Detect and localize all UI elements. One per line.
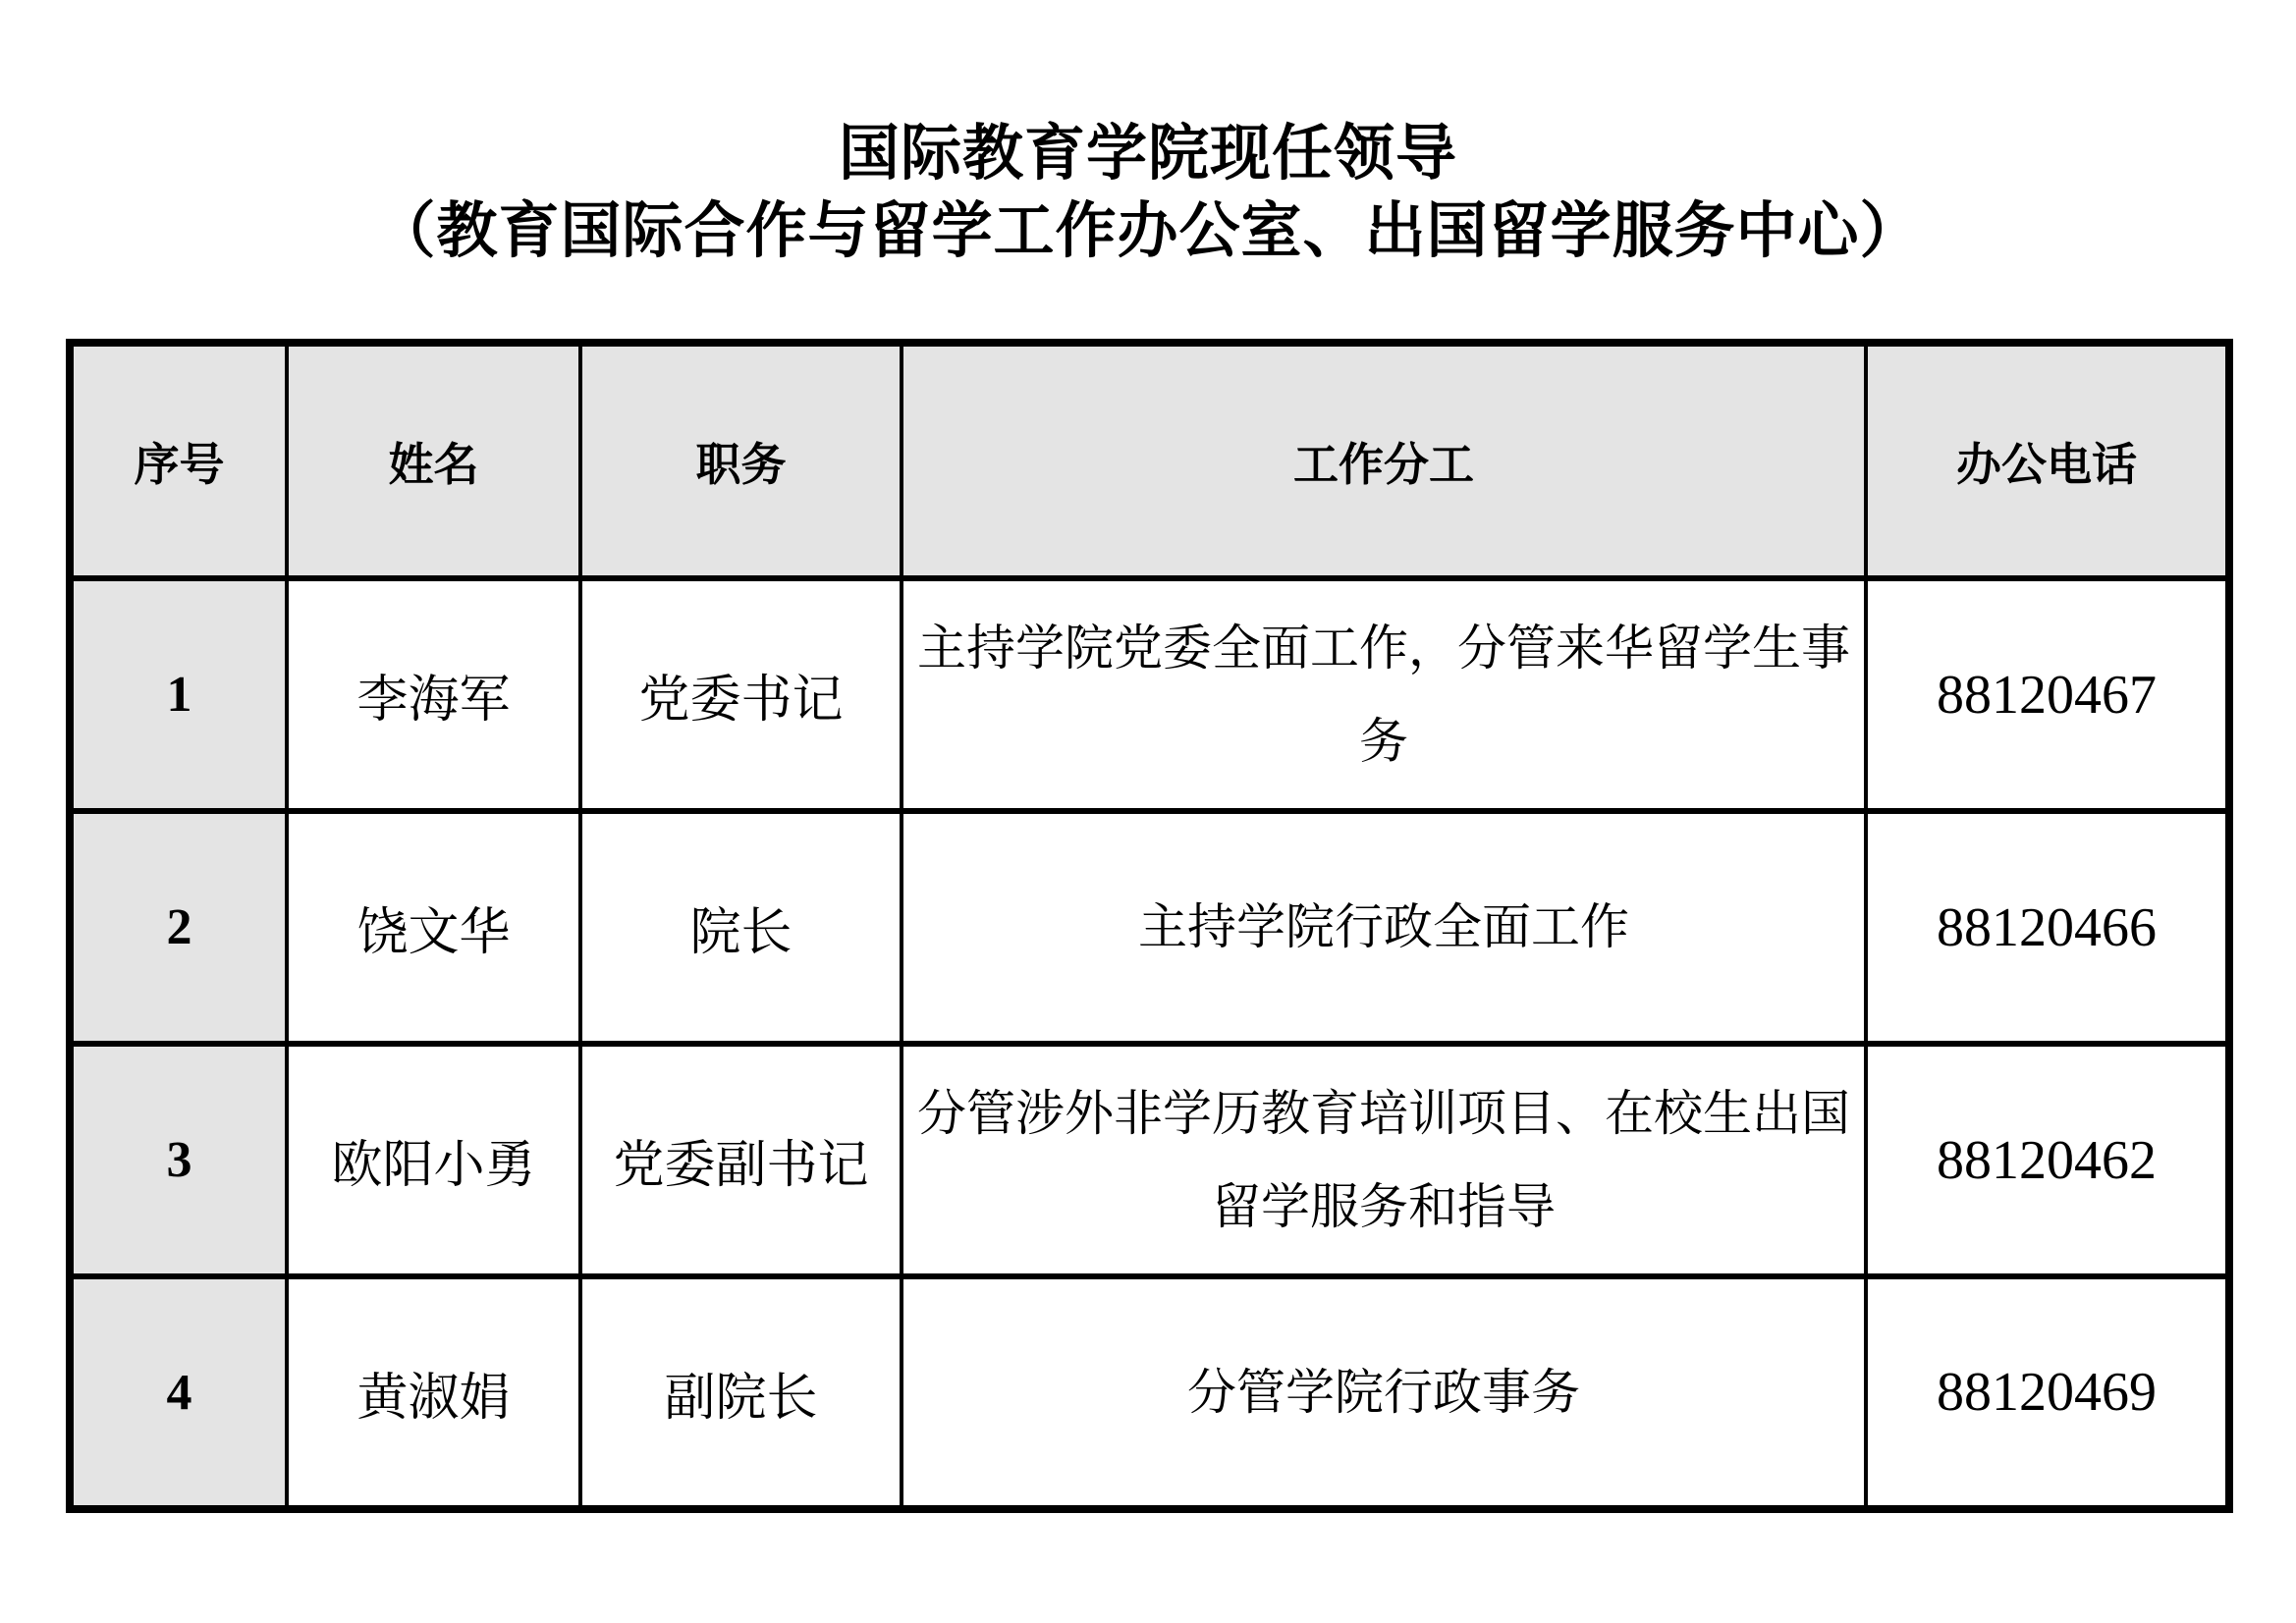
cell-name: 黄淑娟	[287, 1276, 580, 1509]
header-serial-number: 序号	[70, 343, 287, 578]
header-work-division: 工作分工	[902, 343, 1866, 578]
cell-office-phone: 88120469	[1866, 1276, 2229, 1509]
cell-position: 党委副书记	[580, 1044, 902, 1276]
cell-office-phone: 88120466	[1866, 811, 2229, 1044]
page-title-line2: （教育国际合作与留学工作办公室、出国留学服务中心）	[0, 193, 2296, 271]
page-title: 国际教育学院现任领导 （教育国际合作与留学工作办公室、出国留学服务中心）	[0, 116, 2296, 272]
cell-name: 饶文华	[287, 811, 580, 1044]
cell-serial-number: 1	[70, 578, 287, 811]
cell-serial-number: 3	[70, 1044, 287, 1276]
table-row: 2 饶文华 院长 主持学院行政全面工作 88120466	[70, 811, 2229, 1044]
cell-office-phone: 88120467	[1866, 578, 2229, 811]
cell-work-division: 主持学院行政全面工作	[902, 811, 1866, 1044]
cell-position: 院长	[580, 811, 902, 1044]
cell-office-phone: 88120462	[1866, 1044, 2229, 1276]
cell-serial-number: 2	[70, 811, 287, 1044]
header-office-phone: 办公电话	[1866, 343, 2229, 578]
cell-name: 李海军	[287, 578, 580, 811]
cell-position: 副院长	[580, 1276, 902, 1509]
cell-serial-number: 4	[70, 1276, 287, 1509]
document-page: 国际教育学院现任领导 （教育国际合作与留学工作办公室、出国留学服务中心） 序号 …	[0, 0, 2296, 1623]
table-row: 1 李海军 党委书记 主持学院党委全面工作，分管来华留学生事务 88120467	[70, 578, 2229, 811]
leadership-table: 序号 姓名 职务 工作分工 办公电话 1 李海军 党委书记 主持学院党委全面工作…	[66, 339, 2233, 1513]
cell-name: 欧阳小勇	[287, 1044, 580, 1276]
table-row: 4 黄淑娟 副院长 分管学院行政事务 88120469	[70, 1276, 2229, 1509]
cell-position: 党委书记	[580, 578, 902, 811]
header-name: 姓名	[287, 343, 580, 578]
table-header-row: 序号 姓名 职务 工作分工 办公电话	[70, 343, 2229, 578]
header-position: 职务	[580, 343, 902, 578]
table-row: 3 欧阳小勇 党委副书记 分管涉外非学历教育培训项目、在校生出国留学服务和指导 …	[70, 1044, 2229, 1276]
cell-work-division: 分管涉外非学历教育培训项目、在校生出国留学服务和指导	[902, 1044, 1866, 1276]
cell-work-division: 分管学院行政事务	[902, 1276, 1866, 1509]
cell-work-division: 主持学院党委全面工作，分管来华留学生事务	[902, 578, 1866, 811]
page-title-line1: 国际教育学院现任领导	[0, 116, 2296, 193]
